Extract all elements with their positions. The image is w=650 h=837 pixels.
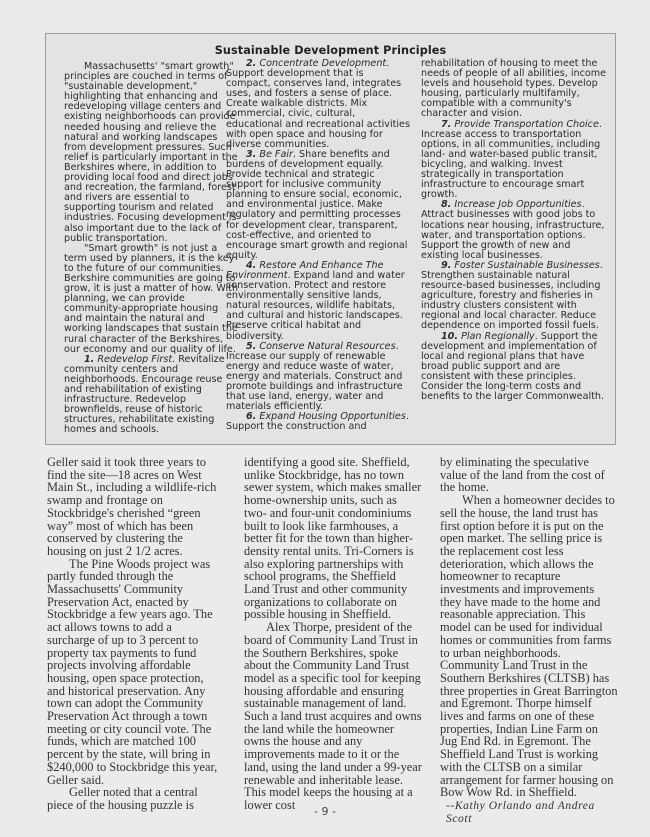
principle-text: Support the construction and bbox=[226, 421, 367, 432]
sidebar-title: Sustainable Development Principles bbox=[46, 44, 615, 57]
principle-text: Support the development and implementati… bbox=[421, 331, 604, 403]
article-paragraph: The Pine Woods project was partly funded… bbox=[47, 558, 219, 787]
article-paragraph: identifying a good site. Sheffield, unli… bbox=[244, 456, 422, 621]
principle-text: Share benefits and burdens of developmen… bbox=[226, 149, 407, 261]
article-column-2: identifying a good site. Sheffield, unli… bbox=[244, 456, 422, 812]
principle-item: 7. Provide Transportation Choice. Increa… bbox=[421, 120, 611, 201]
principle-text: Increase our supply of renewable energy … bbox=[226, 351, 403, 412]
article-paragraph: by eliminating the speculative value of … bbox=[440, 456, 618, 494]
principle-item: 1. Redevelop First. Revitalize community… bbox=[64, 355, 239, 436]
sidebar-box: Sustainable Development Principles Massa… bbox=[45, 33, 616, 445]
article-paragraph: Geller said it took three years to find … bbox=[47, 456, 219, 558]
sidebar-column-2: 2. Concentrate Development. Support deve… bbox=[226, 59, 411, 432]
principle-item: 2. Concentrate Development. Support deve… bbox=[226, 59, 411, 150]
principle-text: Expand land and water conservation. Prot… bbox=[226, 270, 405, 342]
sidebar-column-1: Massachusetts' "smart growth" principles… bbox=[64, 62, 239, 435]
article-paragraph: Alex Thorpe, president of the board of C… bbox=[244, 621, 422, 812]
sidebar-intro-paragraph: Massachusetts' "smart growth" principles… bbox=[64, 62, 239, 244]
principle-item: 6. Expand Housing Opportunities. Support… bbox=[226, 412, 411, 432]
principle-item: 9. Foster Sustainable Businesses. Streng… bbox=[421, 261, 611, 332]
principle-text: Support development that is compact, con… bbox=[226, 68, 410, 150]
sidebar-intro-paragraph: "Smart growth" is not just a term used b… bbox=[64, 244, 239, 355]
principle-text: Attract businesses with good jobs to loc… bbox=[421, 209, 604, 260]
principle-item: 10. Plan Regionally. Support the develop… bbox=[421, 332, 611, 403]
article-column-1: Geller said it took three years to find … bbox=[47, 456, 219, 812]
principle-text: Revitalize community centers and neighbo… bbox=[64, 354, 225, 436]
principle-item: 3. Be Fair. Share benefits and burdens o… bbox=[226, 150, 411, 261]
principle-item: 8. Increase Job Opportunities. Attract b… bbox=[421, 200, 611, 261]
article-column-3: by eliminating the speculative value of … bbox=[440, 456, 618, 825]
principle-text: Strengthen sustainable natural resource-… bbox=[421, 270, 600, 331]
principle-item: 5. Conserve Natural Resources. Increase … bbox=[226, 342, 411, 413]
sidebar-column-3: rehabilitation of housing to meet the ne… bbox=[421, 59, 611, 402]
article-paragraph: When a homeowner decides to sell the hou… bbox=[440, 494, 618, 799]
page-number: - 9 - bbox=[0, 805, 650, 818]
principle-item: 4. Restore And Enhance The Environment. … bbox=[226, 261, 411, 342]
principle-text: Increase access to transportation option… bbox=[421, 129, 600, 201]
principle-text-continued: rehabilitation of housing to meet the ne… bbox=[421, 59, 611, 120]
